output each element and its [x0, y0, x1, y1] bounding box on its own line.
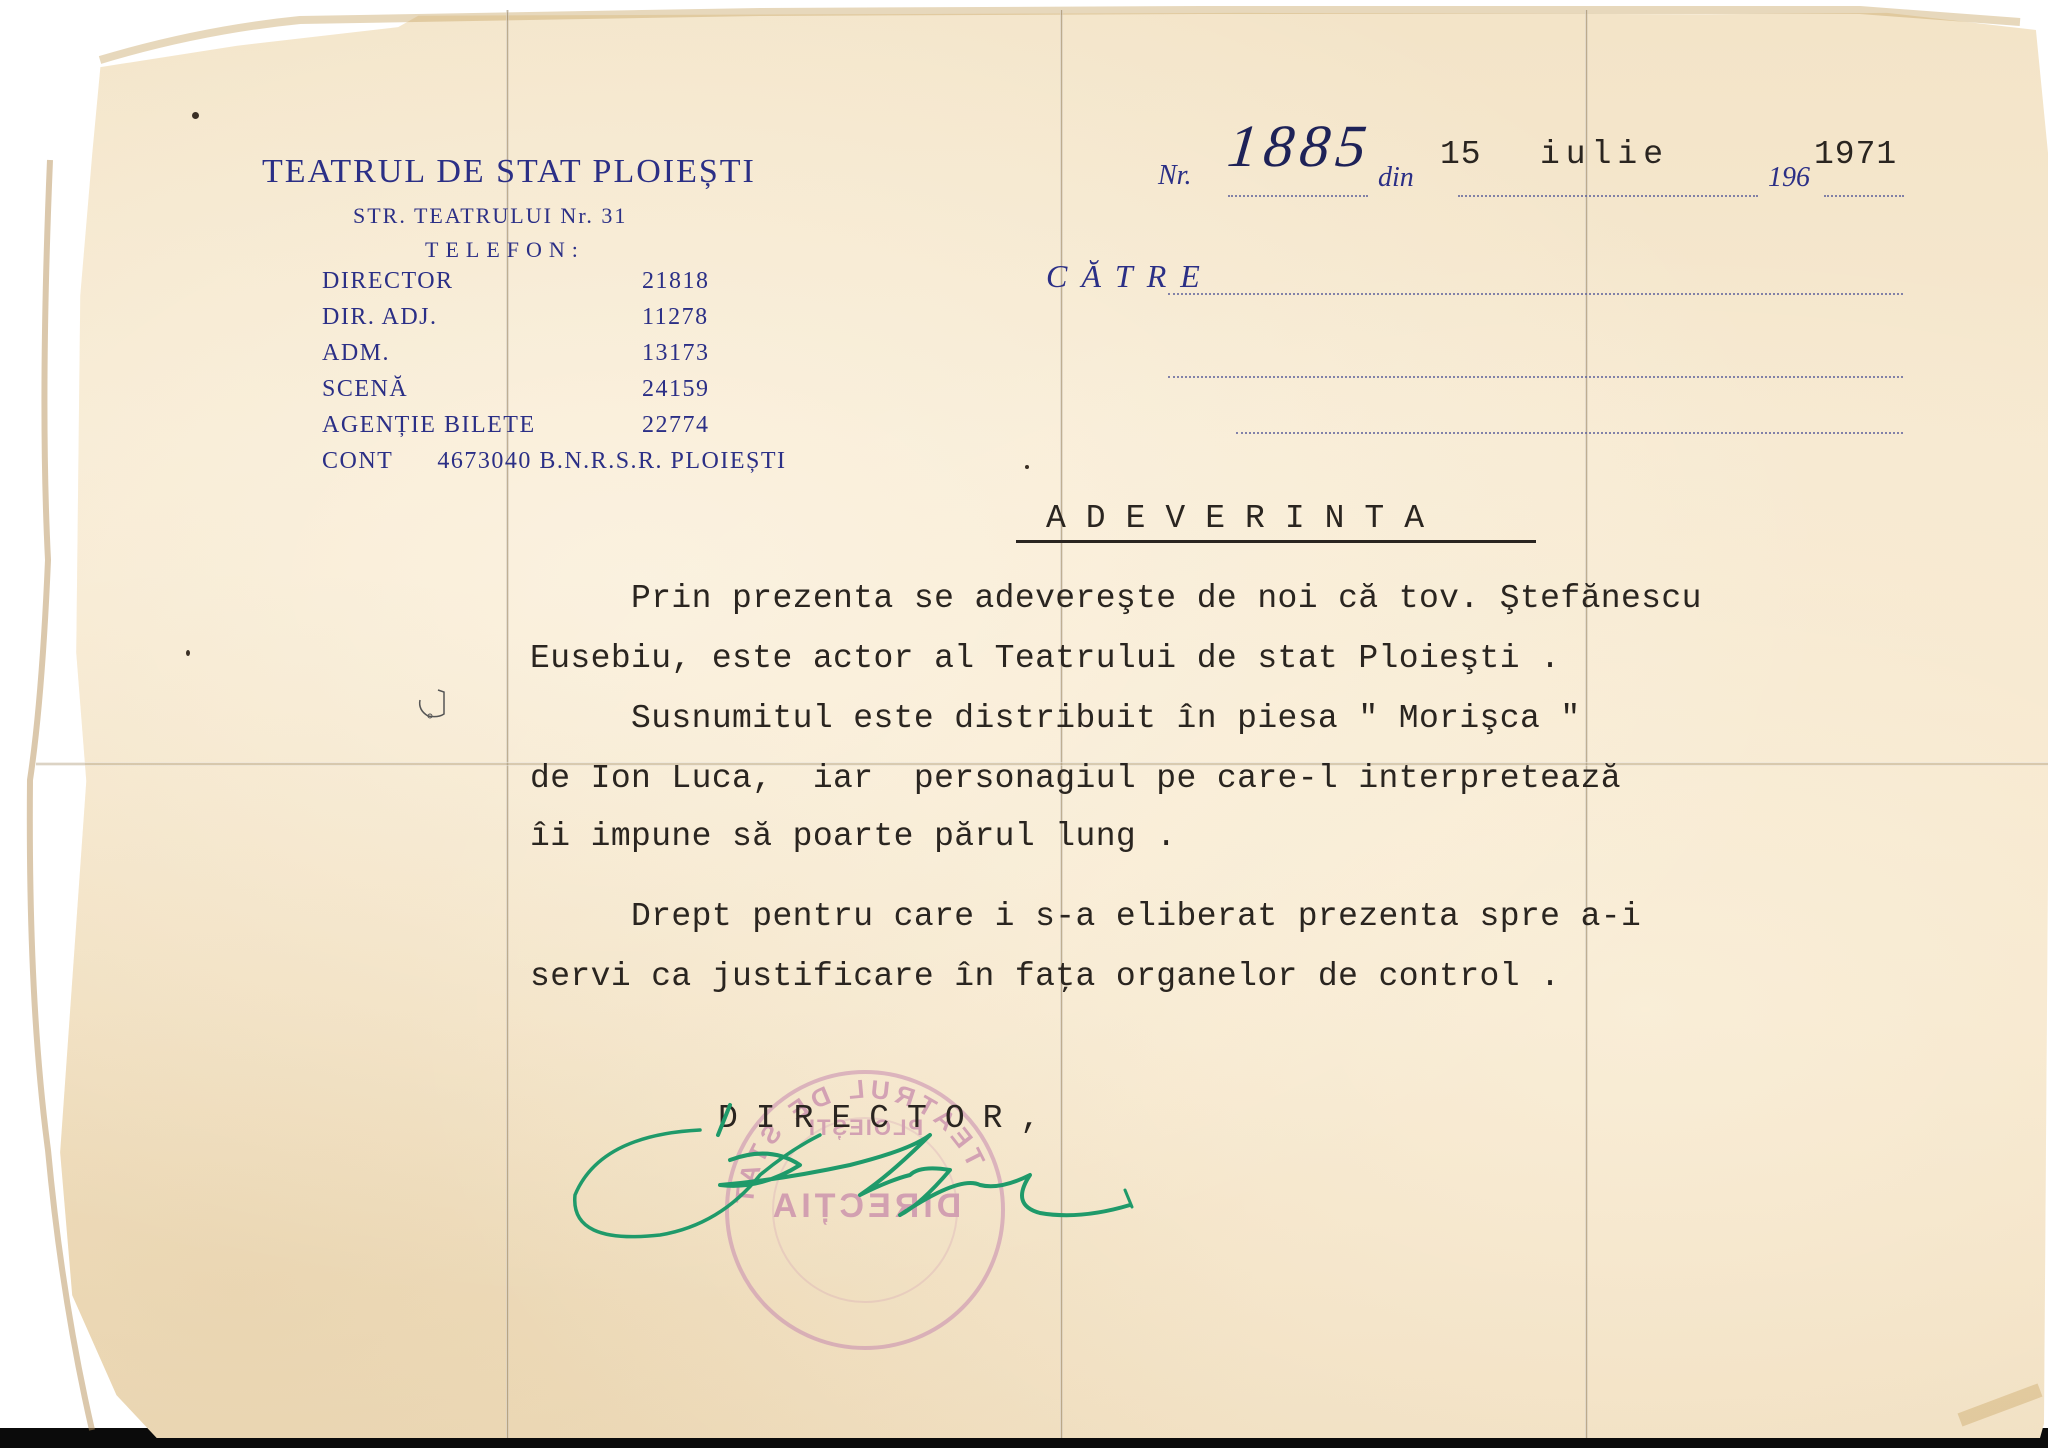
phone-label: SCENĂ [322, 376, 408, 402]
recipient-line-3 [1236, 432, 1903, 434]
bank-account-row: CONT4673040 B.N.R.S.R. PLOIEȘTI [322, 448, 787, 475]
phone-label: AGENȚIE BILETE [322, 412, 536, 438]
date-day: 15 [1440, 136, 1482, 173]
phone-label: DIRECTOR [322, 268, 454, 294]
phone-row: SCENĂ 24159 [322, 376, 408, 403]
bank-account-label: CONT [322, 448, 393, 474]
recipient-label: CĂTRE [1046, 258, 1214, 295]
phone-number: 13173 [642, 340, 710, 367]
letterhead-telefon-label: TELEFON: [425, 237, 585, 263]
reference-number-handwritten: 1885 [1224, 112, 1375, 181]
letterhead-street: STR. TEATRULUI Nr. 31 [353, 203, 627, 229]
recipient-line-2 [1168, 376, 1903, 378]
phone-row: AGENȚIE BILETE 22774 [322, 412, 536, 439]
date-month: iulie [1540, 136, 1669, 173]
reference-number-label: Nr. [1158, 160, 1191, 192]
date-dotline [1458, 195, 1758, 197]
year-dotline [1824, 195, 1904, 197]
bank-account-value: 4673040 B.N.R.S.R. PLOIEȘTI [437, 448, 786, 474]
phone-number: 24159 [642, 376, 710, 403]
phone-number: 21818 [642, 268, 710, 295]
body-line: Drept pentru care i s-a eliberat prezent… [530, 898, 1641, 935]
phone-row: ADM. 13173 [322, 340, 390, 367]
phone-label: DIR. ADJ. [322, 304, 438, 330]
date-year: 1971 [1814, 136, 1897, 173]
ink-speck [186, 650, 190, 656]
body-line: de Ion Luca, iar personagiul pe care-l i… [530, 760, 1621, 797]
body-line: servi ca justificare în faţa organelor d… [530, 958, 1560, 995]
body-line: Eusebiu, este actor al Teatrului de stat… [530, 640, 1560, 677]
ink-speck [1025, 465, 1029, 469]
pencil-mark-icon [408, 680, 468, 740]
fold-crease-vertical-3 [1585, 10, 1588, 1438]
letterhead-title: TEATRUL DE STAT PLOIEȘTI [262, 153, 756, 191]
title-underline [1016, 540, 1536, 543]
date-din-label: din [1378, 162, 1414, 194]
body-line: Susnumitul este distribuit în piesa " Mo… [530, 700, 1581, 737]
phone-row: DIR. ADJ. 11278 [322, 304, 438, 331]
handwritten-signature-icon [560, 1095, 1140, 1245]
reference-number-dotline [1228, 195, 1368, 197]
phone-label: ADM. [322, 340, 390, 366]
date-century-prefix: 196 [1768, 162, 1810, 194]
recipient-line-1 [1168, 293, 1903, 295]
phone-row: DIRECTOR 21818 [322, 268, 454, 295]
ink-speck [192, 112, 199, 119]
body-line: îi impune să poarte părul lung . [530, 818, 1177, 855]
body-line: Prin prezenta se adevereşte de noi că to… [530, 580, 1702, 617]
document-title: ADEVERINTA [1046, 500, 1444, 537]
phone-number: 22774 [642, 412, 710, 439]
phone-number: 11278 [642, 304, 709, 331]
